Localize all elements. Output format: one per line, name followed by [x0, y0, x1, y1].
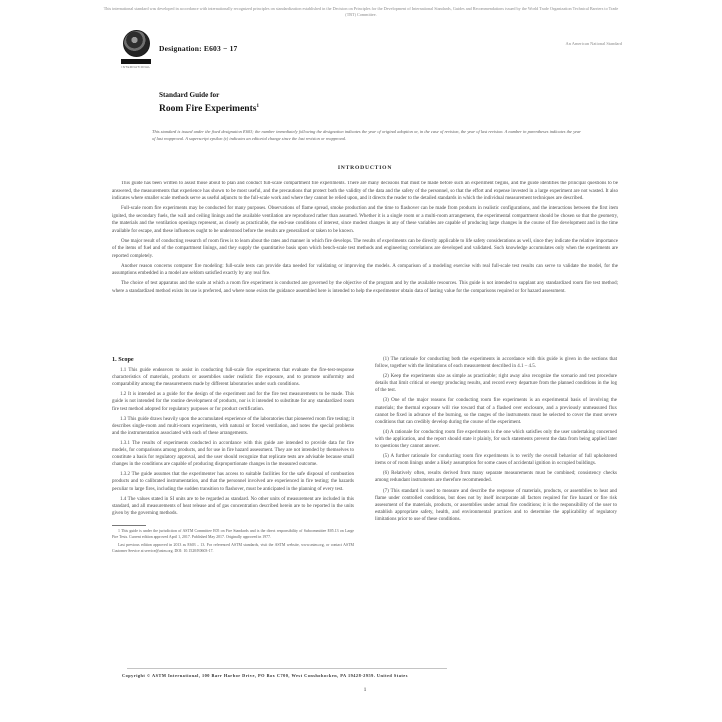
- astm-logo-emblem-icon: [123, 30, 150, 57]
- title-line2-text: Room Fire Experiments: [159, 104, 256, 114]
- intro-paragraph: Full-scale room fire experiments may be …: [112, 205, 618, 235]
- two-column-body: 1. Scope 1.1 This guide endeavors to ass…: [112, 356, 618, 558]
- column-right: (1) The rationale for conducting both th…: [375, 356, 617, 558]
- footnote-item: Last previous edition approved in 2013 a…: [112, 543, 354, 555]
- introduction-heading: INTRODUCTION: [112, 165, 618, 171]
- body-paragraph: (3) One of the major reasons for conduct…: [375, 397, 617, 425]
- copyright-line: Copyright © ASTM International, 100 Barr…: [122, 673, 408, 678]
- astm-standard-page: This international standard was develope…: [0, 0, 722, 722]
- footnotes: 1 This guide is under the jurisdiction o…: [112, 529, 354, 555]
- column-left: 1. Scope 1.1 This guide endeavors to ass…: [112, 356, 354, 558]
- astm-logo-caption: INTERNATIONAL: [121, 65, 151, 69]
- body-paragraph: (5) A further rationale for conducting r…: [375, 453, 617, 467]
- scope-paragraph: 1.3.2 The guide assumes that the experim…: [112, 471, 354, 492]
- scope-paragraph: 1.3 This guide draws heavily upon the ac…: [112, 416, 354, 437]
- intro-paragraph: Another reason concerns computer fire mo…: [112, 263, 618, 278]
- body-paragraph: (2) Keep the experiments size as simple …: [375, 373, 617, 394]
- astm-logo: INTERNATIONAL: [121, 30, 151, 69]
- issuance-disclaimer: This standard is issued under the fixed …: [152, 128, 581, 142]
- title-line1: Standard Guide for: [159, 91, 259, 100]
- intro-paragraph: The choice of test apparatus and the sca…: [112, 280, 618, 295]
- page-number: 1: [112, 687, 618, 693]
- footnote-item: 1 This guide is under the jurisdiction o…: [112, 529, 354, 541]
- footnote-separator: [112, 525, 146, 526]
- document-title: Standard Guide for Room Fire Experiments…: [159, 91, 259, 115]
- body-paragraph: (7) This standard is used to measure and…: [375, 488, 617, 523]
- designation-text: Designation: E603 − 17: [159, 44, 237, 53]
- scope-heading: 1. Scope: [112, 356, 354, 363]
- title-footnote-mark: 1: [256, 104, 259, 109]
- astm-logo-bar: [121, 59, 151, 64]
- scope-paragraph: 1.2 It is intended as a guide for the de…: [112, 391, 354, 412]
- scope-paragraph: 1.3.1 The results of experiments conduct…: [112, 440, 354, 468]
- wto-notice: This international standard was develope…: [102, 6, 620, 19]
- body-paragraph: (1) The rationale for conducting both th…: [375, 356, 617, 370]
- intro-paragraph: One major result of conducting research …: [112, 238, 618, 261]
- body-paragraph: (4) A rationale for conducting room fire…: [375, 429, 617, 450]
- scope-paragraph: 1.4 The values stated in SI units are to…: [112, 496, 354, 517]
- scope-paragraph: 1.1 This guide endeavors to assist in co…: [112, 367, 354, 388]
- intro-paragraph: This guide has been written to assist th…: [112, 180, 618, 203]
- title-line2: Room Fire Experiments1: [159, 101, 259, 115]
- footer-rule: [127, 668, 447, 669]
- body-paragraph: (6) Relatively often, results derived fr…: [375, 470, 617, 484]
- introduction-section: This guide has been written to assist th…: [112, 180, 618, 298]
- national-standard-label: An American National Standard: [566, 41, 622, 46]
